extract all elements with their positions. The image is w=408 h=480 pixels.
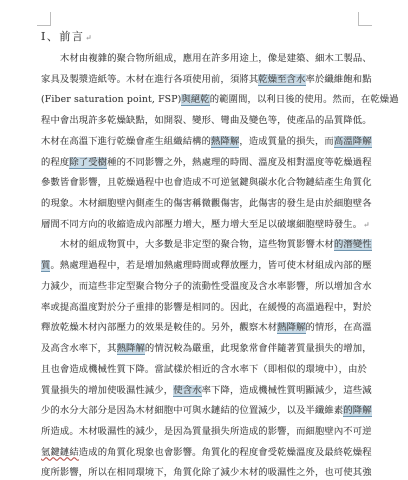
highlighted-term: 除了受樹 — [69, 157, 107, 169]
text-run: 造成的角質化現象也會影響。角質化的程度會受乾燥溫度及最終乾燥程 — [79, 447, 372, 458]
text-run: 率於纖維飽和點 — [306, 74, 372, 85]
text-line: 層間不同方向的收縮造成內部壓力增大，壓力增大至足以破壞細胞壁時發生。↵ — [41, 215, 373, 236]
text-run: 層間不同方向的收縮造成內部壓力增大，壓力增大至足以破壞細胞壁時發生。 — [41, 219, 362, 230]
text-run: 釋放乾燥木材內部壓力的效果是較佳的。另外，觀察木材 — [41, 322, 277, 333]
text-line: 且也會造成機械性質下降。當試樣於相近的含水率下（即相似的環境中），由於 — [41, 360, 373, 381]
section-heading: Ⅰ、前言↵ — [41, 28, 92, 44]
body-text: 木材由複雜的聚合物所組成，應用在許多用途上，像是建築、細木工製品、家具及製漿造紙… — [41, 49, 373, 480]
text-line: 力減少，而這些非定型聚合物分子的流動性受溫度及含水率影響，所以增加含水 — [41, 277, 373, 298]
text-run: 少的水分大部分是因為木材細胞中可與水鏈結的位置減少，以及半纖維素 — [41, 405, 343, 416]
spellcheck-flagged-term: 氫鍵鏈結 — [41, 447, 79, 458]
text-run: 木材在高溫下進行乾燥會產生組織結構的 — [41, 136, 211, 147]
text-line: 的程度除了受樹種的不同影響之外，熱處理的時間、溫度及相對溫度等乾燥過程 — [41, 153, 373, 174]
highlighted-term: 的降解 — [343, 405, 371, 417]
text-line: 少的水分大部分是因為木材細胞中可與水鏈結的位置減少，以及半纖維素的降解 — [41, 401, 373, 422]
text-run: 家具及製漿造紙等。木材在進行各項使用前，須將其 — [41, 74, 258, 85]
text-line: 程中會出現許多乾燥缺點，如開裂、變形、彎曲及變色等，使產品的品質降低。 — [41, 111, 373, 132]
text-run: ，造成質量的損失，而 — [239, 136, 333, 147]
text-run: 力減少，而這些非定型聚合物分子的流動性受溫度及含水率影響，所以增加含水 — [41, 281, 372, 292]
text-line: (Fiber saturation point, FSP)與絕乾的範圍間，以利日… — [41, 90, 373, 111]
paragraph-mark: ↵ — [362, 220, 369, 229]
text-line: 木材的組成物質中，大多數是非定型的聚合物，這些物質影響木材的潛變性 — [41, 235, 373, 256]
text-run: 質量損失的增加使吸濕性減少， — [41, 385, 173, 396]
text-line: 質。熱處理過程中，若是增加熱處理時間或釋放壓力，皆可使木材組成內部的壓 — [41, 256, 373, 277]
text-line: 參數皆會影響，且乾燥過程中也會造成不可逆氫鍵與碳水化合物鏈結產生角質化 — [41, 173, 373, 194]
text-run: 的現象。木材細胞壁內側產生的傷害稱微觀傷害，此傷害的發生是由於細胞壁各 — [41, 198, 372, 209]
text-run: 所造成。木材吸濕性的減少，是因為質量損失所造成的影響，而細胞壁內不可逆 — [41, 426, 372, 437]
text-run: 的情形，在高溫 — [306, 322, 372, 333]
text-run: (Fiber saturation point, FSP) — [41, 94, 181, 105]
text-run: 。熱處理過程中，若是增加熱處理時間或釋放壓力，皆可使木材組成內部的壓 — [50, 260, 371, 271]
text-line: 度所影響，所以在相同環境下，角質化除了減少木材的吸濕性之外，也可使其強 — [41, 463, 373, 480]
text-line: 家具及製漿造紙等。木材在進行各項使用前，須將其乾燥至含水率於纖維飽和點 — [41, 70, 373, 91]
text-line: 率或提高溫度對於分子重排的影響是相同的。因此，在緩慢的高溫過程中，對於 — [41, 298, 373, 319]
highlighted-term: 熱降解 — [211, 136, 239, 148]
text-run: 程中會出現許多乾燥缺點，如開裂、變形、彎曲及變色等，使產品的品質降低。 — [41, 115, 372, 126]
text-run: 的程度 — [41, 157, 69, 168]
text-run: 度所影響，所以在相同環境下，角質化除了減少木材的吸濕性之外，也可使其強 — [41, 467, 372, 478]
highlighted-term: 乾燥至含水 — [258, 74, 305, 86]
text-run: 參數皆會影響，且乾燥過程中也會造成不可逆氫鍵與碳水化合物鏈結產生角質化 — [41, 177, 372, 188]
text-run: 的範圍間，以利日後的使用。然而，在乾燥過 — [210, 94, 399, 105]
highlighted-term: 的潛變性 — [334, 239, 372, 251]
text-boundary-mark-top-right — [358, 12, 372, 26]
text-run: 及高含水率下，其 — [41, 343, 117, 354]
text-run: 木材的組成物質中，大多數是非定型的聚合物，這些物質影響木材 — [60, 239, 334, 250]
text-line: 木材在高溫下進行乾燥會產生組織結構的熱降解，造成質量的損失，而高溫降解 — [41, 132, 373, 153]
section-heading-text: Ⅰ、前言 — [41, 30, 84, 43]
text-line: 氫鍵鏈結造成的角質化現象也會影響。角質化的程度會受乾燥溫度及最終乾燥程 — [41, 443, 373, 464]
paragraph-mark: ↵ — [84, 33, 91, 42]
text-line: 木材由複雜的聚合物所組成，應用在許多用途上，像是建築、細木工製品、 — [41, 49, 373, 70]
text-line: 釋放乾燥木材內部壓力的效果是較佳的。另外，觀察木材熱降解的情形，在高溫 — [41, 318, 373, 339]
text-run: 的情況較為嚴重，此現象常會伴隨著質量損失的增加， — [145, 343, 372, 354]
text-line: 及高含水率下，其熱降解的情況較為嚴重，此現象常會伴隨著質量損失的增加， — [41, 339, 373, 360]
text-run: 率下降，造成機械性質明顯減少，這些減 — [202, 385, 372, 396]
text-boundary-mark-top-left — [37, 12, 51, 26]
text-run: 且也會造成機械性質下降。當試樣於相近的含水率下（即相似的環境中），由於 — [41, 364, 367, 375]
highlighted-term: 高溫降解 — [334, 136, 372, 148]
text-line: 的現象。木材細胞壁內側產生的傷害稱微觀傷害，此傷害的發生是由於細胞壁各 — [41, 194, 373, 215]
text-run: 木材由複雜的聚合物所組成，應用在許多用途上，像是建築、細木工製品、 — [60, 53, 372, 64]
highlighted-term: 與絕乾 — [181, 94, 209, 106]
highlighted-term: 熱降解 — [277, 322, 305, 334]
highlighted-term: 使含水 — [173, 385, 201, 397]
text-line: 所造成。木材吸濕性的減少，是因為質量損失所造成的影響，而細胞壁內不可逆 — [41, 422, 373, 443]
text-run: 率或提高溫度對於分子重排的影響是相同的。因此，在緩慢的高溫過程中，對於 — [41, 302, 372, 313]
text-run: 種的不同影響之外，熱處理的時間、溫度及相對溫度等乾燥過程 — [107, 157, 372, 168]
highlighted-term: 熱降解 — [117, 343, 145, 355]
document-page: Ⅰ、前言↵ 木材由複雜的聚合物所組成，應用在許多用途上，像是建築、細木工製品、家… — [0, 0, 408, 480]
text-line: 質量損失的增加使吸濕性減少，使含水率下降，造成機械性質明顯減少，這些減 — [41, 381, 373, 402]
